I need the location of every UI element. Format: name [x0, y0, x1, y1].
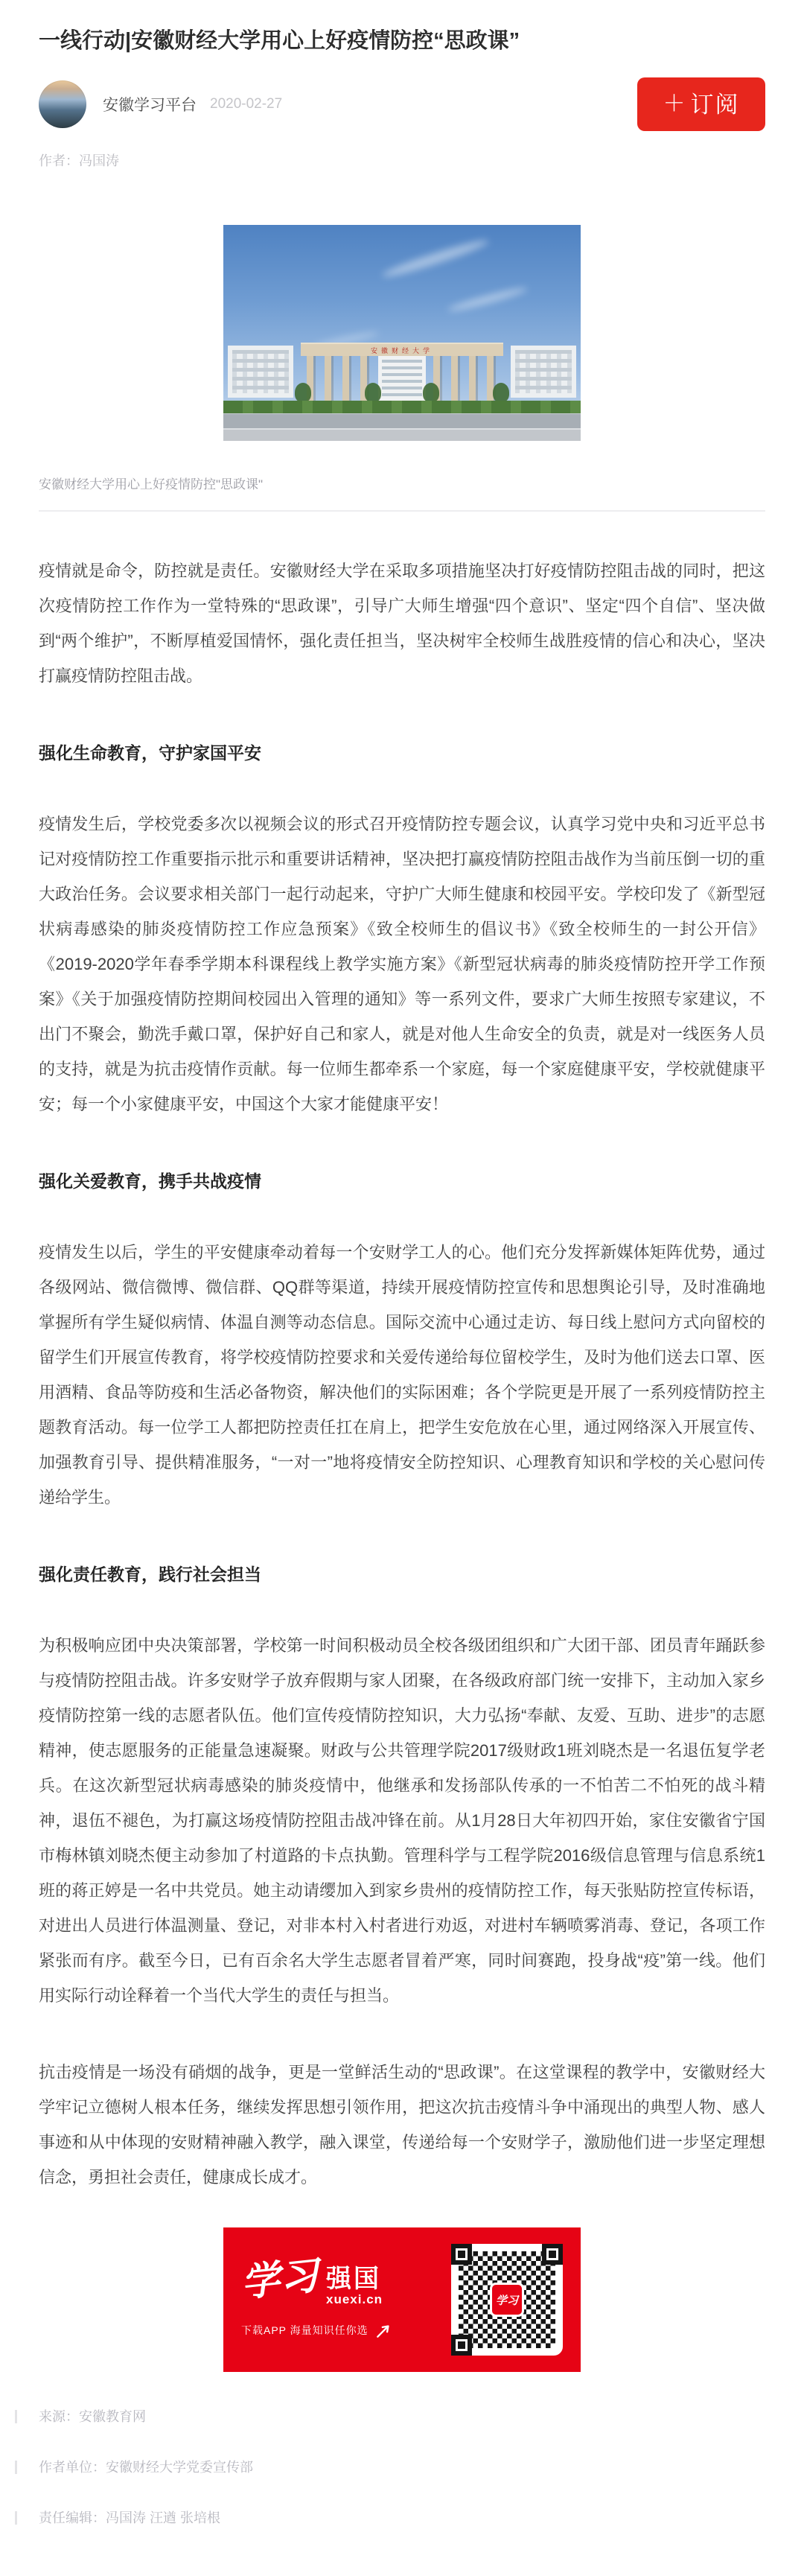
tree: [423, 383, 439, 402]
paragraph: 为积极响应团中央决策部署，学校第一时间积极动员全校各级团组织和广大团干部、团员青…: [39, 1628, 765, 2013]
xuexi-promo-banner[interactable]: 学习 强国 xuexi.cn 下载APP 海量知识任你选: [223, 2227, 581, 2372]
gate-inscription: 安徽财经大学: [371, 346, 433, 355]
article-footer: 来源：安徽教育网 作者单位：安徽财经大学党委宣传部 责任编辑：冯国涛 汪遒 张培…: [39, 2408, 765, 2576]
road: [223, 428, 581, 441]
xuexi-logo: 学习 强国 xuexi.cn 下载APP 海量知识任你选: [241, 2259, 394, 2340]
footer-editors: 责任编辑：冯国涛 汪遒 张培根: [39, 2509, 765, 2527]
author-line: 作者：冯国涛: [39, 150, 765, 170]
source-avatar[interactable]: [39, 80, 86, 128]
paragraph: 疫情发生以后，学生的平安健康牵动着每一个安财学工人的心。他们充分发挥新媒体矩阵优…: [39, 1235, 765, 1515]
source-meta-row: 安徽学习平台 2020-02-27 ＋ 订阅: [39, 77, 765, 131]
article-page: 一线行动|安徽财经大学用心上好疫情防控“思政课” 安徽学习平台 2020-02-…: [0, 0, 804, 2576]
footer-marker: [15, 2511, 17, 2525]
tree: [295, 383, 311, 402]
gate-colonnade-left: [307, 356, 371, 402]
section-heading: 强化关爱教育，携手共战疫情: [39, 1169, 765, 1193]
building-right: [511, 346, 576, 398]
qr-code: 学习: [451, 2244, 563, 2356]
footer-editors-text: 责任编辑：冯国涛 汪遒 张培根: [39, 2510, 220, 2525]
qr-center-logo: 学习: [490, 2283, 524, 2317]
hedge: [223, 401, 581, 413]
subscribe-label: 订阅: [691, 93, 740, 116]
article-hero-image[interactable]: 安徽财经大学: [223, 225, 581, 441]
main-hall: [378, 356, 426, 401]
xuexi-logo-bold: 强国: [326, 2265, 383, 2292]
paragraph: 抗击疫情是一场没有硝烟的战争，更是一堂鲜活生动的“思政课”。在这堂课程的教学中，…: [39, 2055, 765, 2195]
footer-marker: [15, 2461, 17, 2474]
banner-tagline: 下载APP 海量知识任你选: [241, 2323, 368, 2338]
qr-finder: [451, 2335, 472, 2356]
footer-source-text: 来源：安徽教育网: [39, 2409, 146, 2424]
tree: [365, 383, 381, 402]
publish-date: 2020-02-27: [210, 96, 282, 112]
subscribe-button[interactable]: ＋ 订阅: [637, 77, 765, 131]
plus-icon: ＋: [663, 93, 686, 115]
divider: [39, 510, 765, 512]
building-left: [228, 346, 293, 398]
paragraph: 疫情就是命令，防控就是责任。安徽财经大学在采取多项措施坚决打好疫情防控阻击战的同…: [39, 553, 765, 693]
source-name[interactable]: 安徽学习平台: [103, 93, 197, 115]
section-heading: 强化责任教育，践行社会担当: [39, 1562, 765, 1586]
page-title: 一线行动|安徽财经大学用心上好疫情防控“思政课”: [39, 0, 765, 57]
tree: [493, 383, 509, 402]
footer-source: 来源：安徽教育网: [39, 2408, 765, 2426]
footer-author-unit-text: 作者单位：安徽财经大学党委宣传部: [39, 2460, 253, 2475]
plaza: [223, 413, 581, 428]
xuexi-logo-script: 学习: [239, 2256, 320, 2304]
campus-gate: 安徽财经大学: [301, 343, 503, 356]
qr-finder: [451, 2244, 472, 2265]
arrow-icon: [374, 2321, 394, 2340]
image-caption: 安徽财经大学用心上好疫情防控"思政课": [39, 474, 765, 492]
xuexi-logo-domain: xuexi.cn: [326, 2292, 383, 2307]
section-heading: 强化生命教育，守护家国平安: [39, 741, 765, 765]
footer-author-unit: 作者单位：安徽财经大学党委宣传部: [39, 2458, 765, 2476]
gate-colonnade-right: [433, 356, 497, 402]
qr-finder: [542, 2244, 563, 2265]
footer-marker: [15, 2410, 17, 2423]
paragraph: 疫情发生后，学校党委多次以视频会议的形式召开疫情防控专题会议，认真学习党中央和习…: [39, 807, 765, 1122]
